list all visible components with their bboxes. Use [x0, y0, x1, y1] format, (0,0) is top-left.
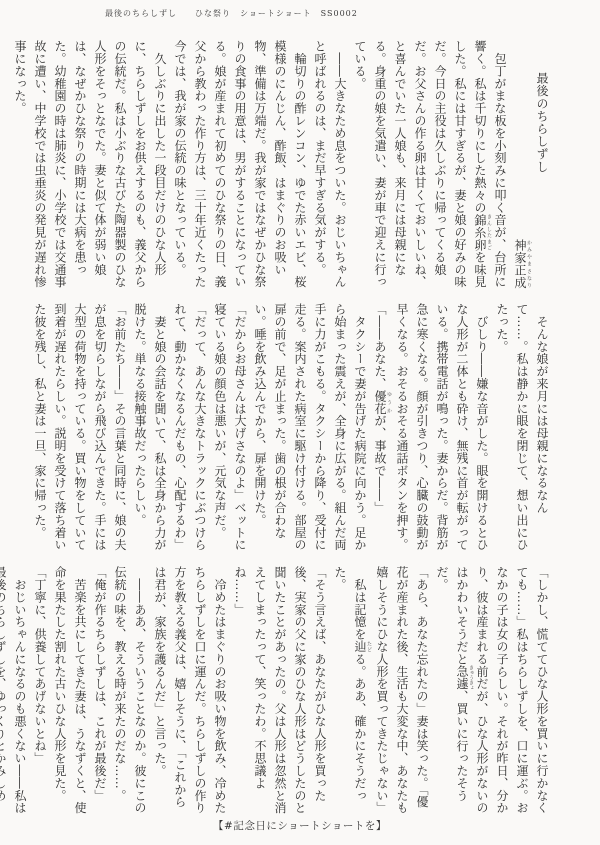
story-paragraph: 包丁がまな板を小刻みに叩く音が、台所に響く。私は千切りにした熱々の錦糸卵きんした…: [350, 40, 510, 289]
story-paragraph: 「そう言えば、あなたがひな人形を買った後、実家の父に家のひな人形はどうしたのと聞…: [230, 566, 330, 815]
story-paragraph: 「丁寧に、供養してあげないとね」: [30, 566, 50, 815]
furigana-ruby: 優花ゆうか: [373, 390, 387, 415]
running-header-title: 最後のちらしずし: [105, 8, 177, 19]
furigana-ruby: 急遽きゅうきょ: [455, 665, 469, 690]
footer-hashtag: 【#記念日にショートショートを】: [0, 818, 600, 833]
story-paragraph: 苦楽を共にしてきた妻は、うなずくと、使命を果たした割れた古いひな人形を見た。: [50, 566, 90, 815]
story-paragraph: 冷めたはまぐりのお吸い物を飲み、冷めたちらしずしを口に運んだ。ちらしずしの作り方…: [150, 566, 230, 815]
furigana-ruby: 錦糸卵きんしたまご: [473, 214, 487, 251]
story-paragraph: タクシーで妻が告げた病院に向かう。足から始まった震えが、全身に広がる。組んだ両手…: [250, 303, 370, 552]
story-title: 最後のちらしずし: [532, 40, 552, 289]
story-paragraph: ――大きなため息をついた。おじいちゃんと呼ばれるのは、まだ早すぎる気がする。: [310, 40, 350, 289]
story-paragraph: 「お前たち――」その言葉と同時に、娘の夫が息を切らしながら飛び込んできた。手には…: [30, 303, 130, 552]
running-header: 最後のちらしずし ひな祭り ショートショート SS0002: [105, 8, 358, 19]
furigana-ruby: 神家正成かみやまさなり: [513, 239, 527, 289]
story-paragraph: そんな娘が来月には母親になるなんて……。私は静かに眼を閉じて、想い出にひたった。: [492, 303, 552, 552]
story-paragraph: 「だって、あんな大きなトラックにぶつけられて、動かなくなるんだもの、心配するわ」: [170, 303, 210, 552]
story-band-1: 最後のちらしずし 神家正成かみやまさなり 包丁がまな板を小刻みに叩く音が、台所に…: [30, 40, 552, 289]
story-paragraph: 「しかし、慌ててひな人形を買いに行かなくても……」私はちらしずしを、口に運ぶ。お…: [432, 566, 552, 815]
story-paragraph: 久しぶりに出した一段目だけのひな人形に、ちらしずしをお供えするのも、義父からの伝…: [10, 40, 170, 289]
story-band-3: 「しかし、慌ててひな人形を買いに行かなくても……」私はちらしずしを、口に運ぶ。お…: [30, 566, 552, 815]
story-paragraph: 「だからお母さんは大げさなのよ」ベットに寝ている娘の顔色は悪いが、元気な声だ。: [210, 303, 250, 552]
story-paragraph: ――ああ、そういうことなのか。彼にこの伝統の味を、教える時が来たのだな……。: [110, 566, 150, 815]
story-paragraph: おじいちゃんになるのも悪くない――私は最後のちらしずしを、ゆっくりとかみしめた。: [0, 566, 30, 815]
story-author-name: 神家正成かみやまさなり: [510, 40, 532, 289]
story-paragraph: 「――あなた、優花ゆうかが、事故で――」: [370, 303, 392, 552]
story-paragraph: びしり――嫌な音がした。眼を開けるとひな人形が二体とも砕け、無残に首が転がってい…: [392, 303, 492, 552]
furigana-ruby: 辿たど: [353, 640, 367, 652]
story-paragraph: 「あら、あなた忘れたの」妻は笑った。「優花が産まれた後、生活も大変な中、あなたも…: [372, 566, 432, 815]
document-page: 最後のちらしずし ひな祭り ショートショート SS0002 最後のちらしずし 神…: [0, 0, 600, 845]
story-paragraph: 「俺が作るちらしずしは、これが最後だ」: [90, 566, 110, 815]
story-paragraph: 輪切りの酢レンコン、ゆでた赤いエビ、桜模様のにんじん、酢飯、はまぐりのお吸い物、…: [170, 40, 310, 289]
story-paragraph: 妻と娘の会話を聞いて、私は全身から力が脱けた。単なる接触事故だったらしい。: [130, 303, 170, 552]
story-content: 最後のちらしずし 神家正成かみやまさなり 包丁がまな板を小刻みに叩く音が、台所に…: [30, 40, 552, 815]
story-paragraph: 私は記憶を辿たどる。ああ、確かにそうだった。: [330, 566, 372, 815]
story-band-2: そんな娘が来月には母親になるなんて……。私は静かに眼を閉じて、想い出にひたった。…: [30, 303, 552, 552]
running-header-meta: ひな祭り ショートショート SS0002: [195, 8, 358, 19]
